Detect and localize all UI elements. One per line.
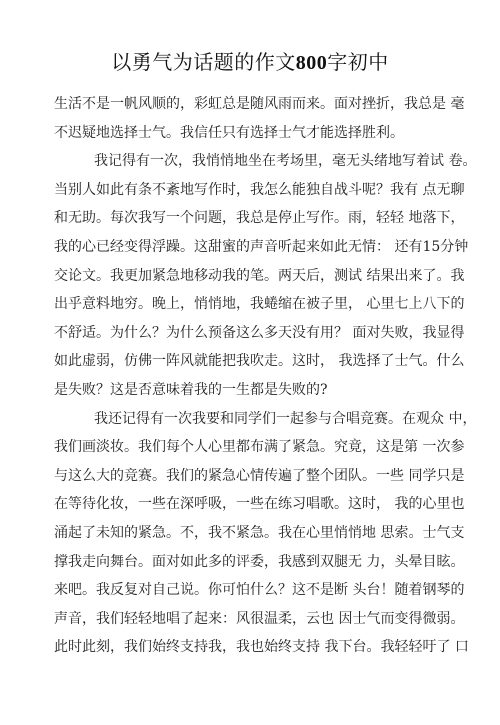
- paragraph-3: 我还记得有一次我要和同学们一起参与合唱竞赛。在观众 中， 我们画淡妆。我们每个人…: [54, 405, 456, 662]
- text-line: 撑我走向舞台。面对如此多的评委，我感到双腿无 力，头晕目眩。: [54, 548, 456, 577]
- paragraph-2: 我记得有一次，我悄悄地坐在考场里，毫无头绪地写着试 卷。 当别人如此有条不紊地写…: [54, 147, 456, 404]
- text-line: 涌起了未知的紧急。不，我不紧急。我在心里悄悄地 思索。士气支: [54, 519, 456, 548]
- title-prefix: 以勇气为话题的作文: [111, 50, 296, 74]
- text-line: 声音，我们轻轻地唱了起来：风很温柔，云也 因士气而变得微弱。: [54, 605, 456, 634]
- text-line: 不舒适。为什么？为什么预备这么多天没有用？ 面对失败，我显得: [54, 319, 456, 348]
- text-line: 出乎意料地穷。晚上，悄悄地，我蜷缩在被子里， 心里七上八下的: [54, 290, 456, 319]
- text-line: 我们画淡妆。我们每个人心里都布满了紧急。究竟，这是第 一次参: [54, 433, 456, 462]
- text-line: 我记得有一次，我悄悄地坐在考场里，毫无头绪地写着试 卷。: [54, 147, 456, 176]
- text-line: 交论文。我更加紧急地移动我的笔。两天后，测试 结果出来了。我: [54, 262, 456, 291]
- text-line: 不迟疑地选择士气。我信任只有选择士气才能选择胜利。: [54, 119, 456, 148]
- text-line: 在等待化妆，一些在深呼吸，一些在练习唱歌。这时， 我的心里也: [54, 490, 456, 519]
- text-line: 生活不是一帆风顺的，彩虹总是随风雨而来。面对挫折，我总是 毫: [54, 90, 456, 119]
- title-suffix: 字初中: [327, 50, 389, 74]
- text-line: 此时此刻，我们始终支持我，我也始终支持 我下台。我轻轻吁了 口: [54, 633, 456, 662]
- text-line: 与这么大的竞赛。我们的紧急心情传遍了整个团队。一些 同学只是: [54, 462, 456, 491]
- title-number: 800: [296, 52, 328, 74]
- document-body: 生活不是一帆风顺的，彩虹总是随风雨而来。面对挫折，我总是 毫 不迟疑地选择士气。…: [54, 90, 456, 662]
- document-title: 以勇气为话题的作文800字初中: [0, 47, 500, 78]
- text-line: 是失败？这是否意味着我的一生都是失败的?: [54, 376, 456, 405]
- document-page: 以勇气为话题的作文800字初中 生活不是一帆风顺的，彩虹总是随风雨而来。面对挫折…: [0, 0, 500, 725]
- text-line: 如此虚弱，仿佛一阵风就能把我吹走。这时， 我选择了士气。什么: [54, 347, 456, 376]
- text-line: 来吧。我反复对自己说。你可怕什么？这不是断 头台！随着钢琴的: [54, 576, 456, 605]
- text-line: 和无助。每次我写一个问题，我总是停止写作。雨，轻轻 地落下，: [54, 204, 456, 233]
- text-line: 当别人如此有条不紊地写作时，我怎么能独自战斗呢？我有 点无聊: [54, 176, 456, 205]
- text-line: 我还记得有一次我要和同学们一起参与合唱竞赛。在观众 中，: [54, 405, 456, 434]
- text-line: 我的心已经变得浮躁。这甜蜜的声音听起来如此无情： 还有15分钟: [54, 233, 456, 262]
- paragraph-1: 生活不是一帆风顺的，彩虹总是随风雨而来。面对挫折，我总是 毫 不迟疑地选择士气。…: [54, 90, 456, 147]
